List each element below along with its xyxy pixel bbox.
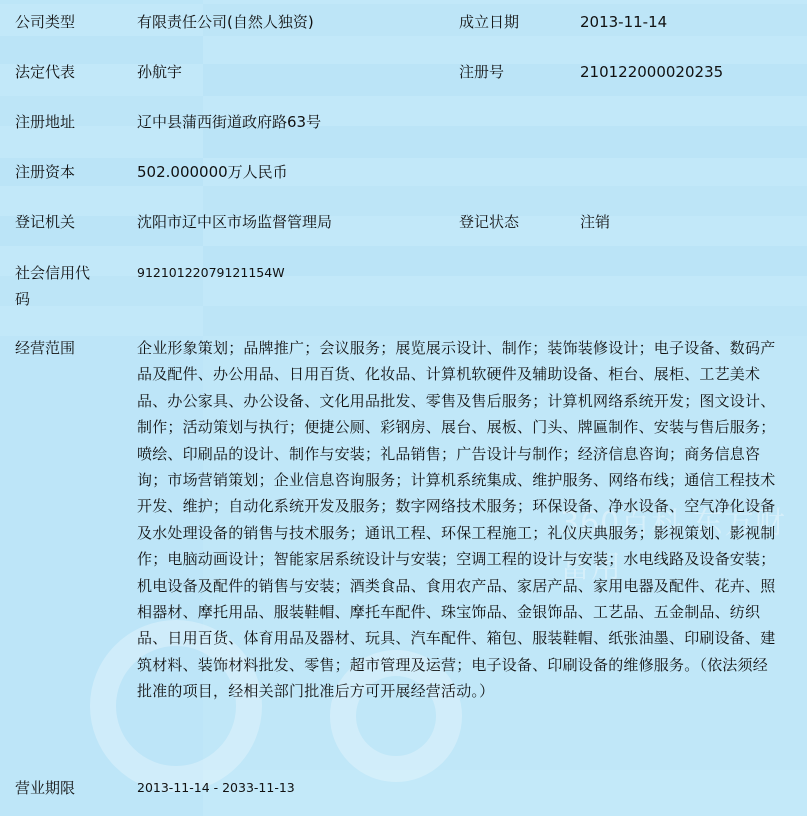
value-established-date: 2013-11-14 [580,9,667,35]
value-business-term: 2013-11-14 - 2033-11-13 [137,775,295,801]
value-reg-number: 210122000020235 [580,59,723,85]
value-legal-rep: 孙航宇 [137,59,182,85]
label-reg-capital: 注册资本 [15,159,110,185]
label-reg-number: 注册号 [459,59,504,85]
label-legal-rep: 法定代表 [15,59,110,85]
label-company-type: 公司类型 [15,9,110,35]
label-business-scope: 经营范围 [15,335,110,361]
label-reg-status: 登记状态 [459,209,519,235]
value-business-scope: 企业形象策划；品牌推广；会议服务；展览展示设计、制作；装饰装修设计；电子设备、数… [137,335,782,705]
company-info-table: 公司类型 有限责任公司(自然人独资) 成立日期 2013-11-14 法定代表 … [0,0,807,816]
value-company-type: 有限责任公司(自然人独资) [137,9,314,35]
value-reg-status: 注销 [580,209,610,235]
value-credit-code: 91210122079121154W [137,260,285,286]
label-credit-code: 社会信用代码 [15,260,103,312]
label-established-date: 成立日期 [459,9,519,35]
label-business-term: 营业期限 [15,775,110,801]
value-reg-capital: 502.000000万人民币 [137,159,288,185]
value-reg-address: 辽中县蒲西街道政府路63号 [137,109,321,135]
value-reg-authority: 沈阳市辽中区市场监督管理局 [137,209,332,235]
label-reg-address: 注册地址 [15,109,110,135]
label-reg-authority: 登记机关 [15,209,110,235]
